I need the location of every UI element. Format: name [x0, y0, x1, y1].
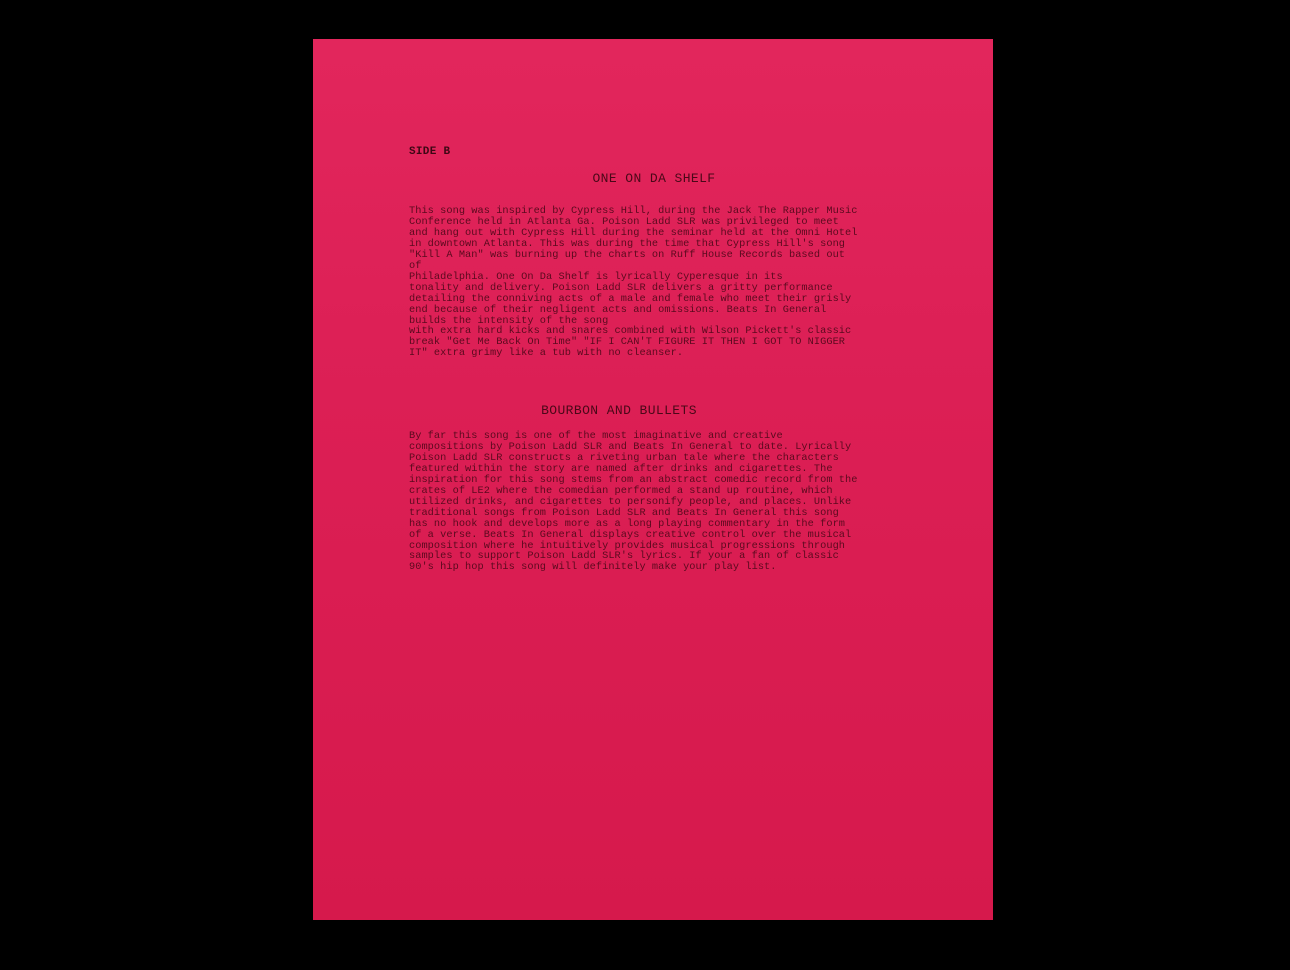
paper-sheet: SIDE B ONE ON DA SHELF This song was ins…: [313, 39, 993, 920]
song-title-bourbon-and-bullets: BOURBON AND BULLETS: [409, 403, 829, 418]
song-title-one-on-da-shelf: ONE ON DA SHELF: [444, 171, 864, 186]
side-label: SIDE B: [409, 146, 450, 158]
song-description-bourbon-and-bullets: By far this song is one of the most imag…: [409, 431, 858, 573]
song-description-one-on-da-shelf: This song was inspired by Cypress Hill, …: [409, 206, 858, 359]
